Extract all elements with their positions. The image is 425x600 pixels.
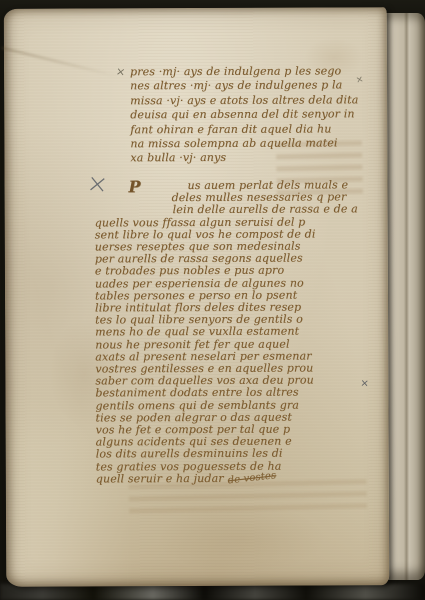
paragraph-1: pres ·mj· ays de indulgena p les sego ne… — [130, 64, 359, 166]
manuscript-line: deuisa qui en absenna del dit senyor in — [130, 108, 358, 123]
margin-x-mark-paragraph1: × — [115, 66, 126, 78]
margin-x-mark-bottom-right: × — [360, 379, 369, 390]
paragraph-2: P us auem perlat dels muals e deles mull… — [94, 179, 359, 486]
manuscript-line: missa ·vj· ays e atots los altres dela d… — [130, 93, 358, 108]
manuscript-line: pres ·mj· ays de indulgena p les sego — [130, 64, 358, 79]
struck-through-words: de vostes — [227, 470, 277, 487]
manuscript-line: na missa solempna ab aquella matei — [130, 136, 358, 151]
manuscript-line: nes altres ·mj· ays de indulgenes p la — [130, 79, 358, 94]
parchment-page: × × × × pres ·mj· ays de indulgena p les… — [4, 7, 390, 587]
manuscript-last-line: quell seruir e ha judarde vostes — [96, 472, 359, 486]
last-line-text: quell seruir e ha judar — [96, 472, 224, 486]
manuscript-line: fant ohiran e faran dit aquel dia hu — [130, 122, 358, 137]
initial-capital: P — [128, 181, 140, 193]
manuscript-photo: × × × × pres ·mj· ays de indulgena p les… — [0, 0, 425, 600]
manuscript-line: xa bulla ·vj· anys — [130, 151, 358, 166]
